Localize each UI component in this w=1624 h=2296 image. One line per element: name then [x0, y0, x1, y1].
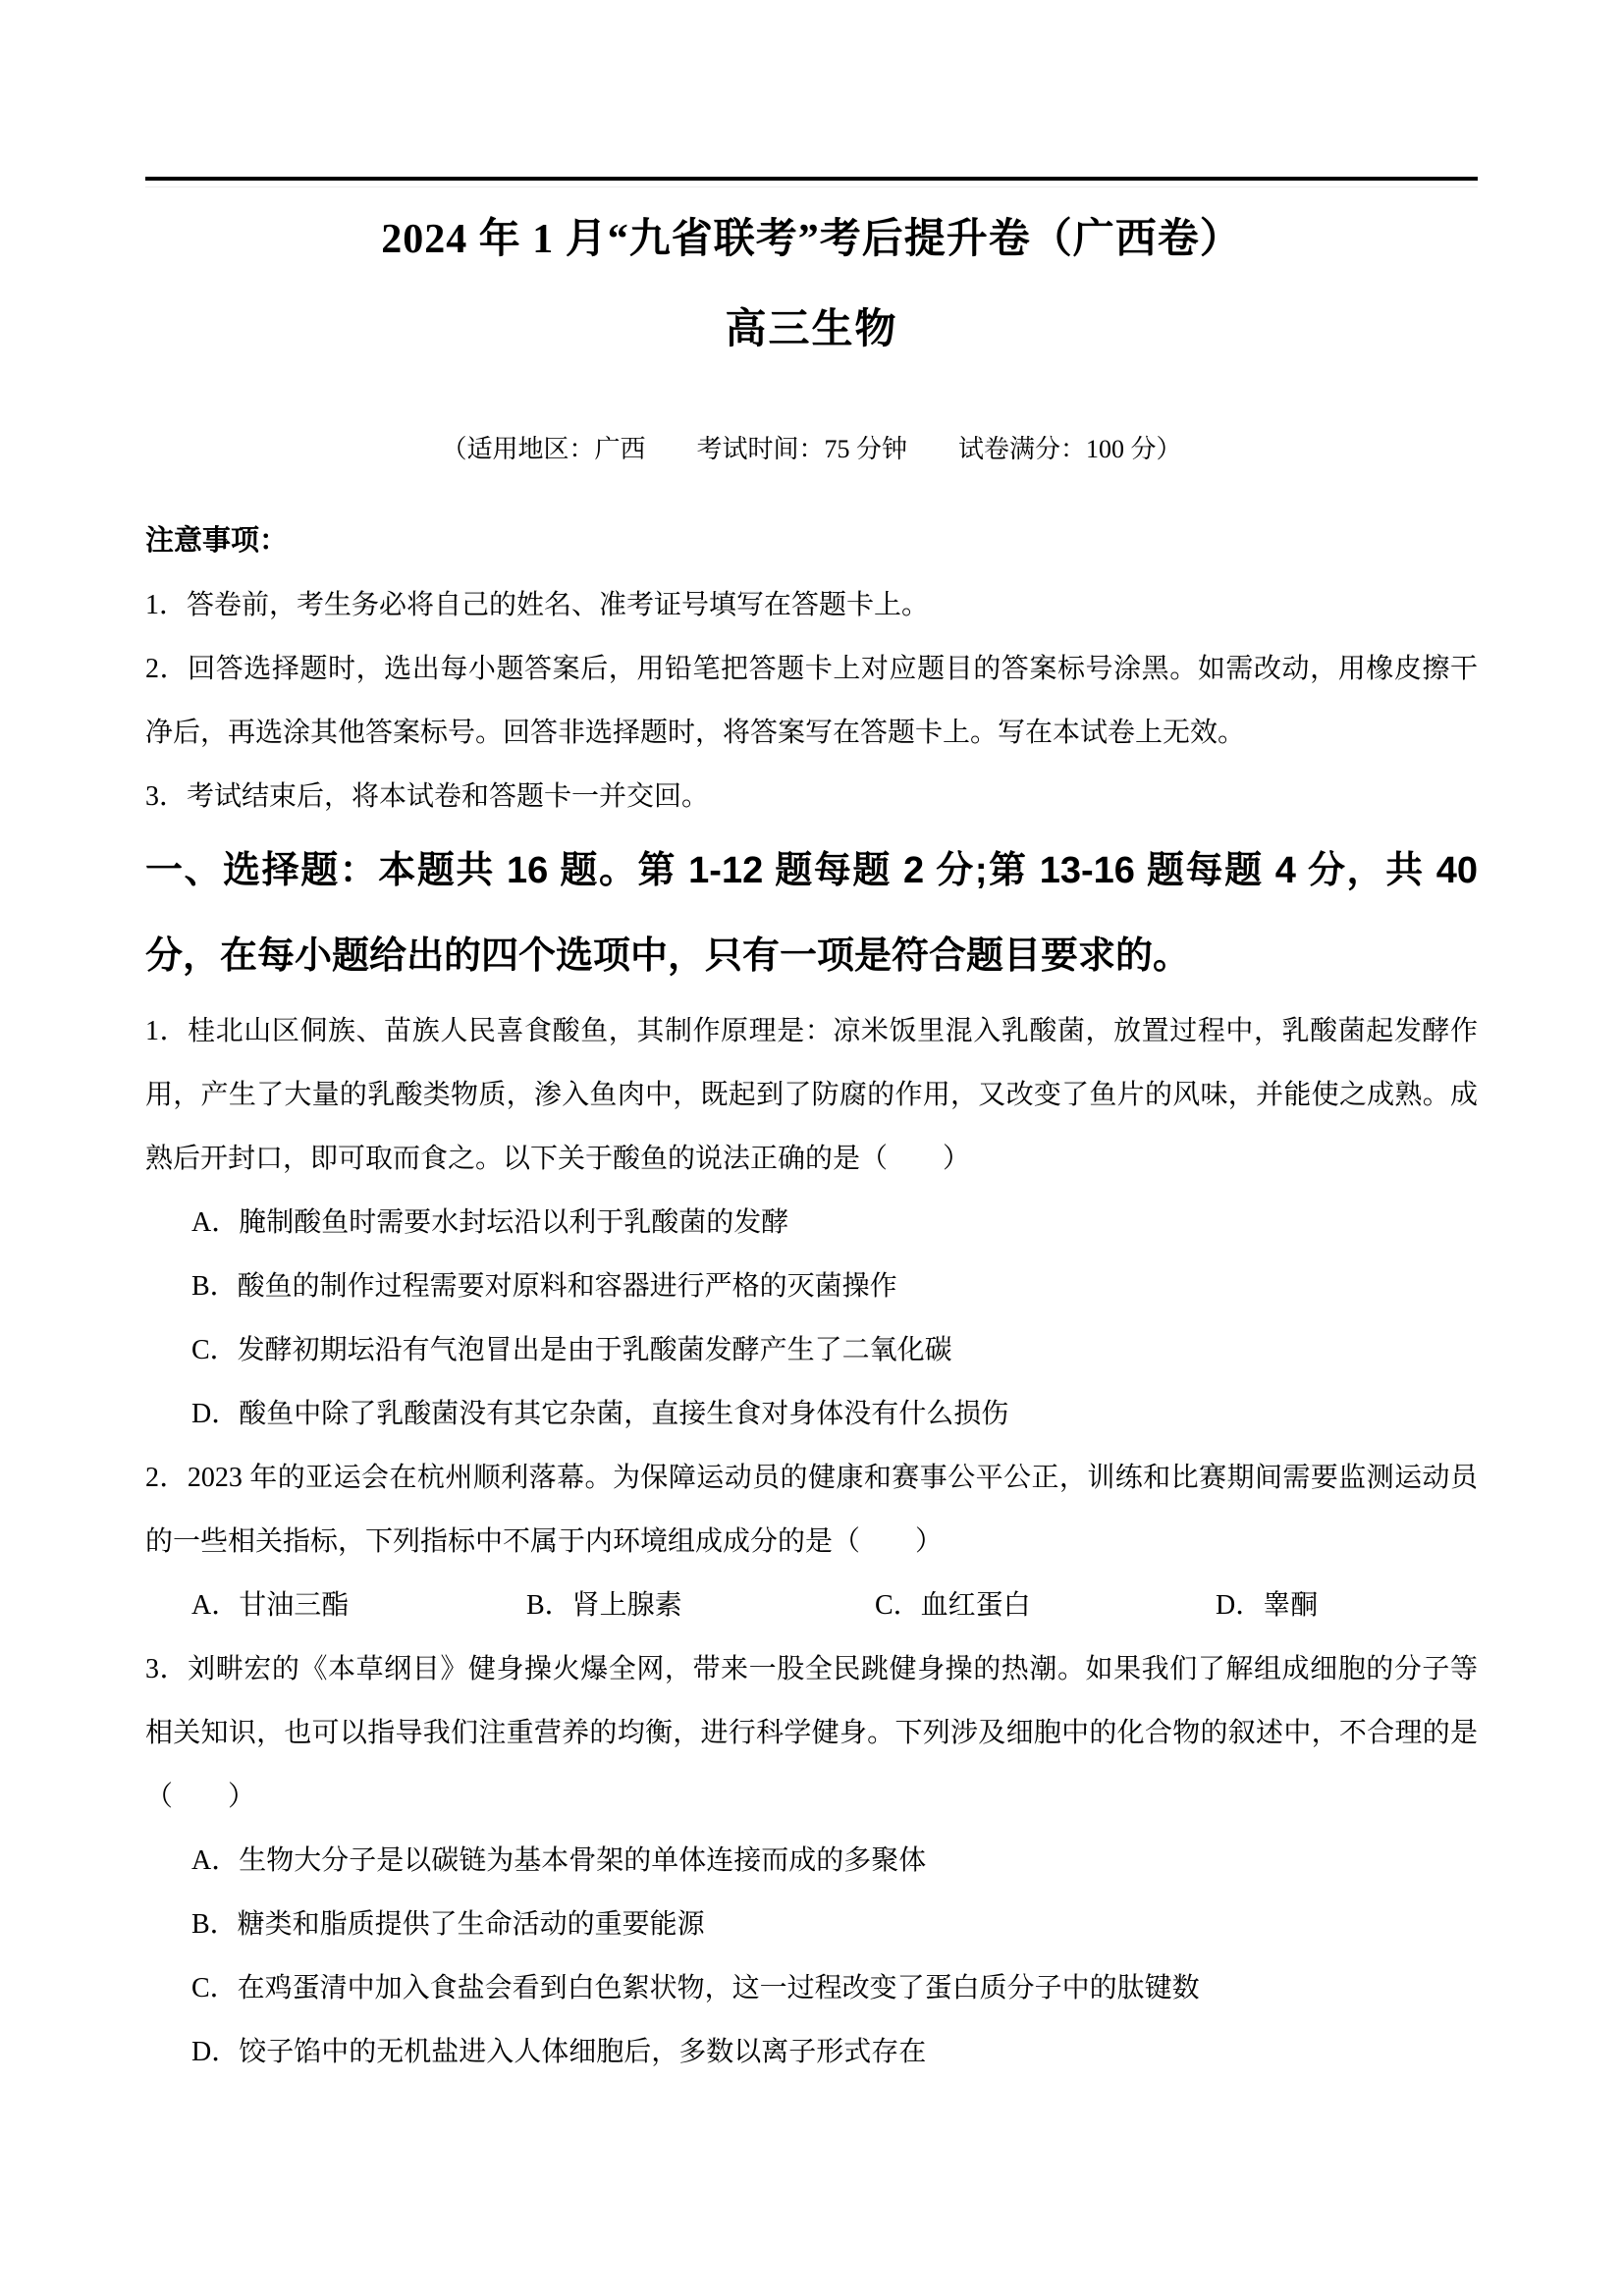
question-1-option-b: B．酸鱼的制作过程需要对原料和容器进行严格的灭菌操作 [145, 1255, 1478, 1318]
question-3-options: A．生物大分子是以碳链为基本骨架的单体连接而成的多聚体 B．糖类和脂质提供了生命… [145, 1829, 1478, 2084]
notice-item-2: 2．回答选择题时，选出每小题答案后，用铅笔把答题卡上对应题目的答案标号涂黑。如需… [145, 637, 1478, 765]
question-2-option-c: C．血红蛋白 [875, 1574, 1216, 1637]
notice-section: 注意事项： 1．答卷前，考生务必将自己的姓名、准考证号填写在答题卡上。 2．回答… [145, 509, 1478, 828]
notice-heading: 注意事项： [145, 509, 1478, 573]
question-2-option-d: D．睾酮 [1216, 1574, 1478, 1637]
question-1: 1．桂北山区侗族、苗族人民喜食酸鱼，其制作原理是：凉米饭里混入乳酸菌，放置过程中… [145, 999, 1478, 1446]
question-2-options: A．甘油三酯 B．肾上腺素 C．血红蛋白 D．睾酮 [145, 1574, 1478, 1637]
question-3-stem: 3．刘畊宏的《本草纲目》健身操火爆全网，带来一股全民跳健身操的热潮。如果我们了解… [145, 1637, 1478, 1829]
question-2-stem: 2．2023 年的亚运会在杭州顺利落幕。为保障运动员的健康和赛事公平公正，训练和… [145, 1446, 1478, 1574]
notice-item-3: 3．考试结束后，将本试卷和答题卡一并交回。 [145, 765, 1478, 828]
header-rule [145, 177, 1478, 181]
question-1-option-a: A．腌制酸鱼时需要水封坛沿以利于乳酸菌的发酵 [145, 1191, 1478, 1255]
question-3-option-a: A．生物大分子是以碳链为基本骨架的单体连接而成的多聚体 [145, 1829, 1478, 1893]
question-2-option-a: A．甘油三酯 [191, 1574, 526, 1637]
header-rule-shadow [145, 187, 1478, 187]
exam-paper: 2024 年 1 月“九省联考”考后提升卷（广西卷） 高三生物 （适用地区：广西… [0, 0, 1624, 2296]
exam-meta: （适用地区：广西 考试时间：75 分钟 试卷满分：100 分） [145, 433, 1478, 466]
section-one-heading: 一、选择题：本题共 16 题。第 1-12 题每题 2 分;第 13-16 题每… [145, 828, 1478, 999]
question-3-option-d: D．饺子馅中的无机盐进入人体细胞后，多数以离子形式存在 [145, 2020, 1478, 2084]
question-1-option-d: D．酸鱼中除了乳酸菌没有其它杂菌，直接生食对身体没有什么损伤 [145, 1382, 1478, 1446]
page-subtitle: 高三生物 [145, 305, 1478, 354]
question-3: 3．刘畊宏的《本草纲目》健身操火爆全网，带来一股全民跳健身操的热潮。如果我们了解… [145, 1637, 1478, 2084]
question-1-option-c: C．发酵初期坛沿有气泡冒出是由于乳酸菌发酵产生了二氧化碳 [145, 1318, 1478, 1382]
question-1-stem: 1．桂北山区侗族、苗族人民喜食酸鱼，其制作原理是：凉米饭里混入乳酸菌，放置过程中… [145, 999, 1478, 1191]
notice-item-1: 1．答卷前，考生务必将自己的姓名、准考证号填写在答题卡上。 [145, 573, 1478, 637]
question-3-option-c: C．在鸡蛋清中加入食盐会看到白色絮状物，这一过程改变了蛋白质分子中的肽键数 [145, 1956, 1478, 2020]
question-2: 2．2023 年的亚运会在杭州顺利落幕。为保障运动员的健康和赛事公平公正，训练和… [145, 1446, 1478, 1637]
page-title: 2024 年 1 月“九省联考”考后提升卷（广西卷） [145, 215, 1478, 264]
question-3-option-b: B．糖类和脂质提供了生命活动的重要能源 [145, 1893, 1478, 1956]
page-content: 2024 年 1 月“九省联考”考后提升卷（广西卷） 高三生物 （适用地区：广西… [145, 0, 1478, 2084]
question-2-option-b: B．肾上腺素 [526, 1574, 875, 1637]
question-1-options: A．腌制酸鱼时需要水封坛沿以利于乳酸菌的发酵 B．酸鱼的制作过程需要对原料和容器… [145, 1191, 1478, 1446]
